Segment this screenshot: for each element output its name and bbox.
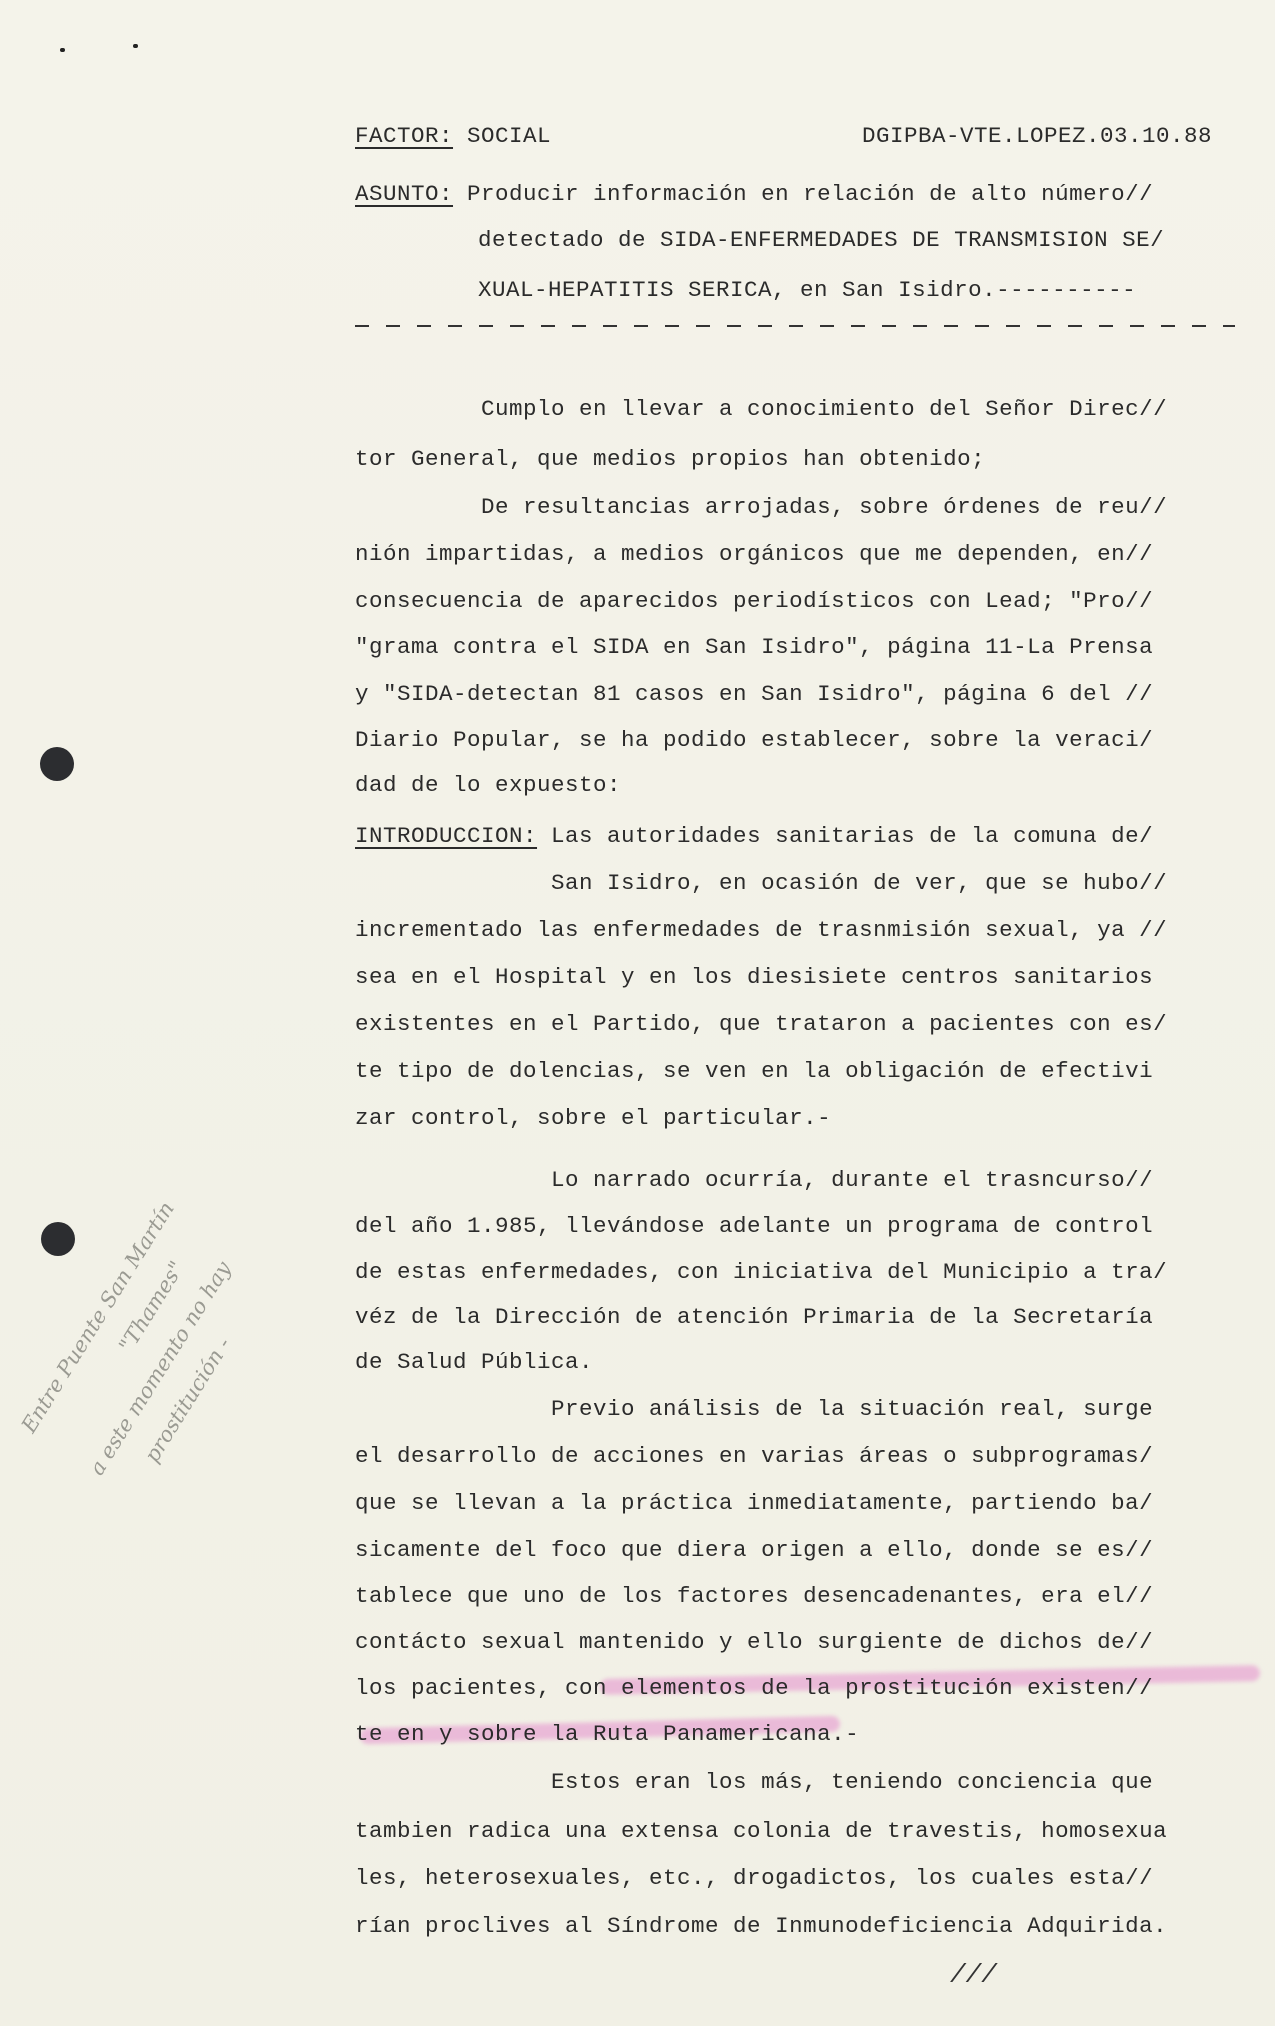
- body-line: zar control, sobre el particular.-: [355, 1104, 831, 1132]
- ink-speck: [133, 44, 138, 48]
- body-line: y "SIDA-detectan 81 casos en San Isidro"…: [355, 680, 1153, 708]
- body-line: el desarrollo de acciones en varias área…: [355, 1442, 1153, 1470]
- continuation-mark: ///: [950, 1960, 997, 1990]
- ink-speck: [60, 48, 65, 52]
- body-line: de estas enfermedades, con iniciativa de…: [355, 1258, 1167, 1286]
- body-line: tor General, que medios propios han obte…: [355, 445, 985, 473]
- document-page: FACTOR: SOCIAL DGIPBA-VTE.LOPEZ.03.10.88…: [0, 0, 1275, 2026]
- body-line: rían proclives al Síndrome de Inmunodefi…: [355, 1912, 1167, 1940]
- handwritten-margin-note: Entre Puente San Martín "Thames" a este …: [10, 1132, 326, 1505]
- separator-dashes: [355, 325, 1235, 327]
- body-line: te en y sobre la Ruta Panamericana.-: [355, 1720, 859, 1748]
- body-line: Lo narrado ocurría, durante el trasncurs…: [355, 1166, 1153, 1194]
- body-line: que se llevan a la práctica inmediatamen…: [355, 1489, 1153, 1517]
- body-line: del año 1.985, llevándose adelante un pr…: [355, 1212, 1153, 1240]
- body-line: existentes en el Partido, que trataron a…: [355, 1010, 1167, 1038]
- body-line: San Isidro, en ocasión de ver, que se hu…: [355, 869, 1167, 897]
- intro-text: Las autoridades sanitarias de la comuna …: [537, 823, 1153, 849]
- body-line: de Salud Pública.: [355, 1348, 593, 1376]
- punch-hole: [40, 747, 74, 781]
- body-line: te tipo de dolencias, se ven en la oblig…: [355, 1057, 1153, 1085]
- body-line: Diario Popular, se ha podido establecer,…: [355, 726, 1153, 754]
- intro-label: INTRODUCCION:: [355, 823, 537, 849]
- body-line: nión impartidas, a medios orgánicos que …: [355, 540, 1153, 568]
- body-line: Previo análisis de la situación real, su…: [355, 1395, 1153, 1423]
- body-line: los pacientes, con elementos de la prost…: [355, 1674, 1153, 1702]
- intro-line: INTRODUCCION: Las autoridades sanitarias…: [355, 822, 1153, 850]
- asunto-text: XUAL-HEPATITIS SERICA, en San Isidro.---…: [478, 276, 1136, 304]
- body-line: Cumplo en llevar a conocimiento del Seño…: [355, 395, 1167, 423]
- body-line: De resultancias arrojadas, sobre órdenes…: [355, 493, 1167, 521]
- factor-line: FACTOR: SOCIAL: [355, 122, 551, 150]
- asunto-text: detectado de SIDA-ENFERMEDADES DE TRANSM…: [478, 226, 1164, 254]
- body-line: véz de la Dirección de atención Primaria…: [355, 1303, 1153, 1331]
- body-line: dad de lo expuesto:: [355, 771, 621, 799]
- asunto-line: ASUNTO: Producir información en relación…: [355, 180, 1153, 208]
- body-line: contácto sexual mantenido y ello surgien…: [355, 1628, 1153, 1656]
- factor-label: FACTOR:: [355, 123, 453, 149]
- punch-hole: [41, 1222, 75, 1256]
- body-line: sea en el Hospital y en los diesisiete c…: [355, 963, 1153, 991]
- body-line: "grama contra el SIDA en San Isidro", pá…: [355, 633, 1153, 661]
- reference-code: DGIPBA-VTE.LOPEZ.03.10.88: [862, 122, 1212, 150]
- body-line: Estos eran los más, teniendo conciencia …: [355, 1768, 1153, 1796]
- factor-value: SOCIAL: [467, 123, 551, 149]
- body-line: incrementado las enfermedades de trasnmi…: [355, 916, 1167, 944]
- body-line: tablece que uno de los factores desencad…: [355, 1582, 1153, 1610]
- asunto-label: ASUNTO:: [355, 181, 453, 207]
- body-line: sicamente del foco que diera origen a el…: [355, 1536, 1153, 1564]
- body-line: tambien radica una extensa colonia de tr…: [355, 1817, 1167, 1845]
- body-line: consecuencia de aparecidos periodísticos…: [355, 587, 1153, 615]
- body-line: les, heterosexuales, etc., drogadictos, …: [355, 1864, 1153, 1892]
- asunto-text: Producir información en relación de alto…: [467, 181, 1153, 207]
